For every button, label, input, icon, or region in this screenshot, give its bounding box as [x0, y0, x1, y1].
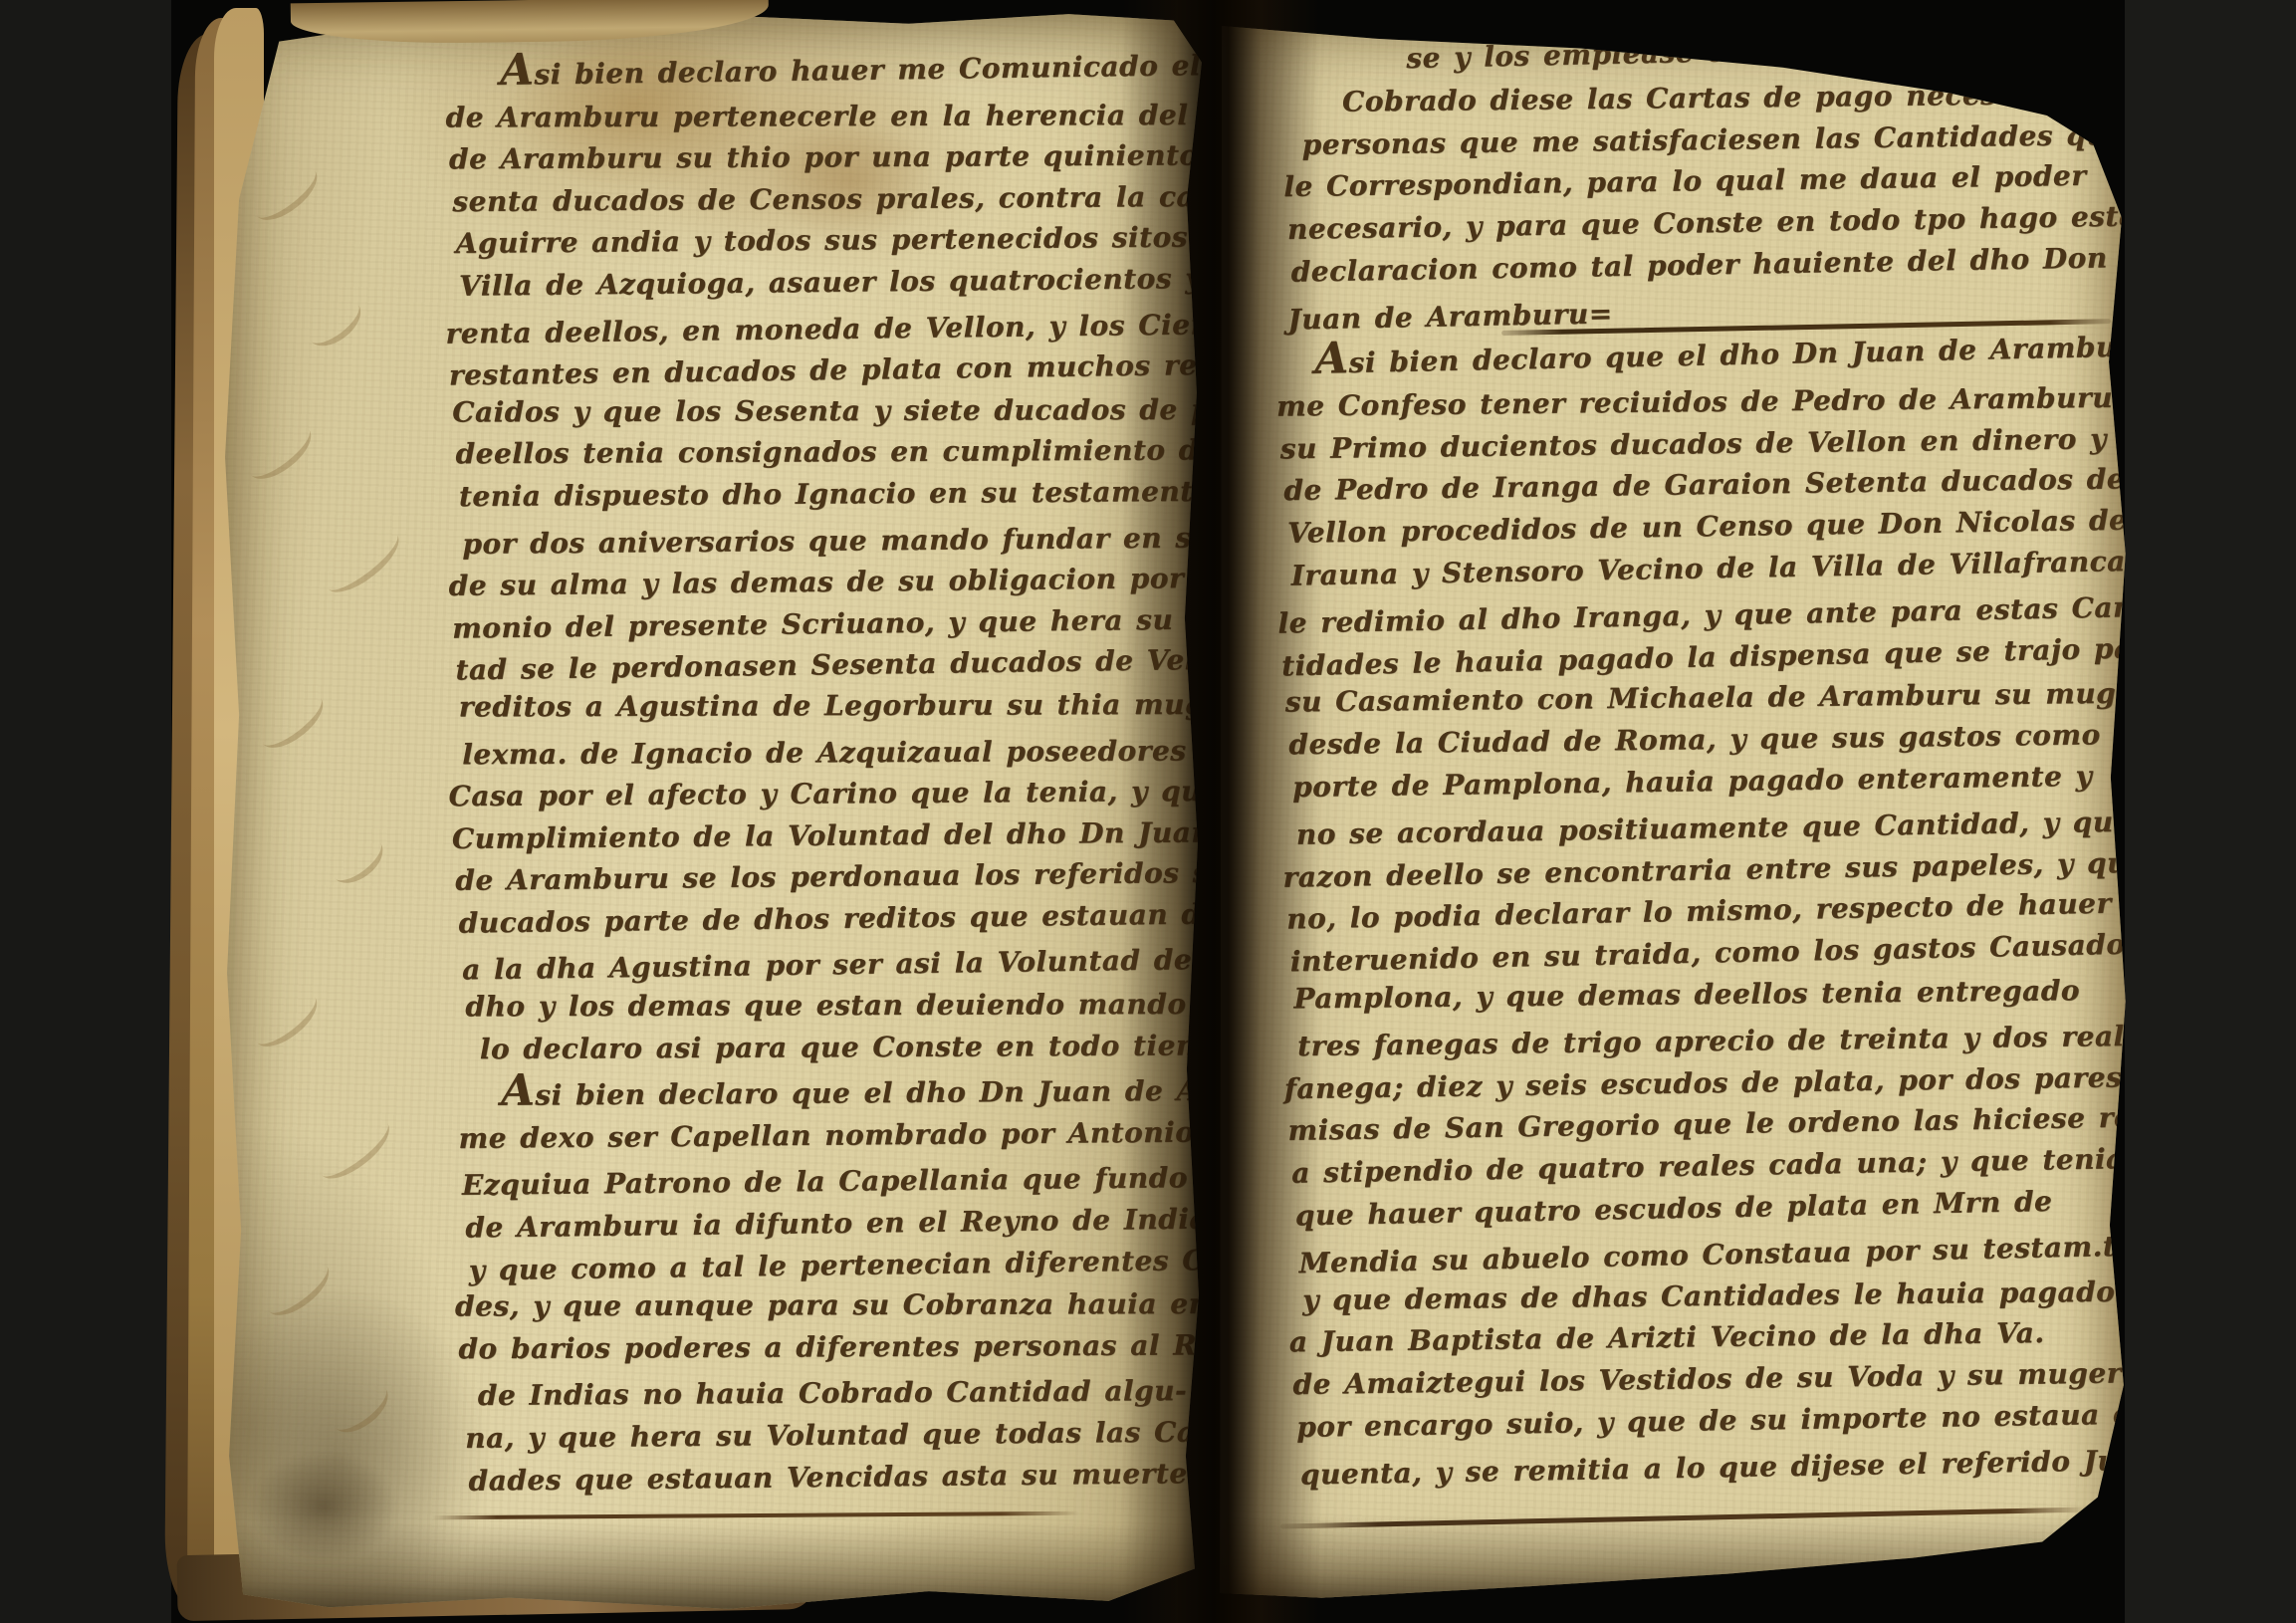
manuscript-scan: Asi bien declaro hauer me Comunicado el … — [0, 0, 2296, 1623]
background-panel-left — [0, 0, 171, 1623]
background-panel-right — [2125, 0, 2296, 1623]
right-page-bottom-rule — [1280, 1507, 2089, 1528]
left-page: Asi bien declaro hauer me Comunicado el … — [209, 6, 1209, 1617]
page-number: 160 — [1706, 12, 1774, 53]
manuscript-line: Pamplona, y que demas deellos tenia entr… — [1293, 969, 2217, 1022]
manuscript-line: Cobrado diese las Cartas de pago necesar… — [1342, 72, 2235, 123]
manuscript-line: se y los emplease en lo que me tenia Com… — [1406, 21, 2231, 81]
right-page: 160 se y los emplease en lo que me tenia… — [1211, 10, 2135, 1609]
paper-stain — [249, 1452, 398, 1561]
right-page-text-lower: Asi bien declaro que el dho Dn Juan de A… — [1276, 324, 2217, 1494]
right-page-text-upper: se y los emplease en lo que me tenia Com… — [1276, 25, 2239, 339]
left-page-bottom-rule — [432, 1511, 1079, 1520]
